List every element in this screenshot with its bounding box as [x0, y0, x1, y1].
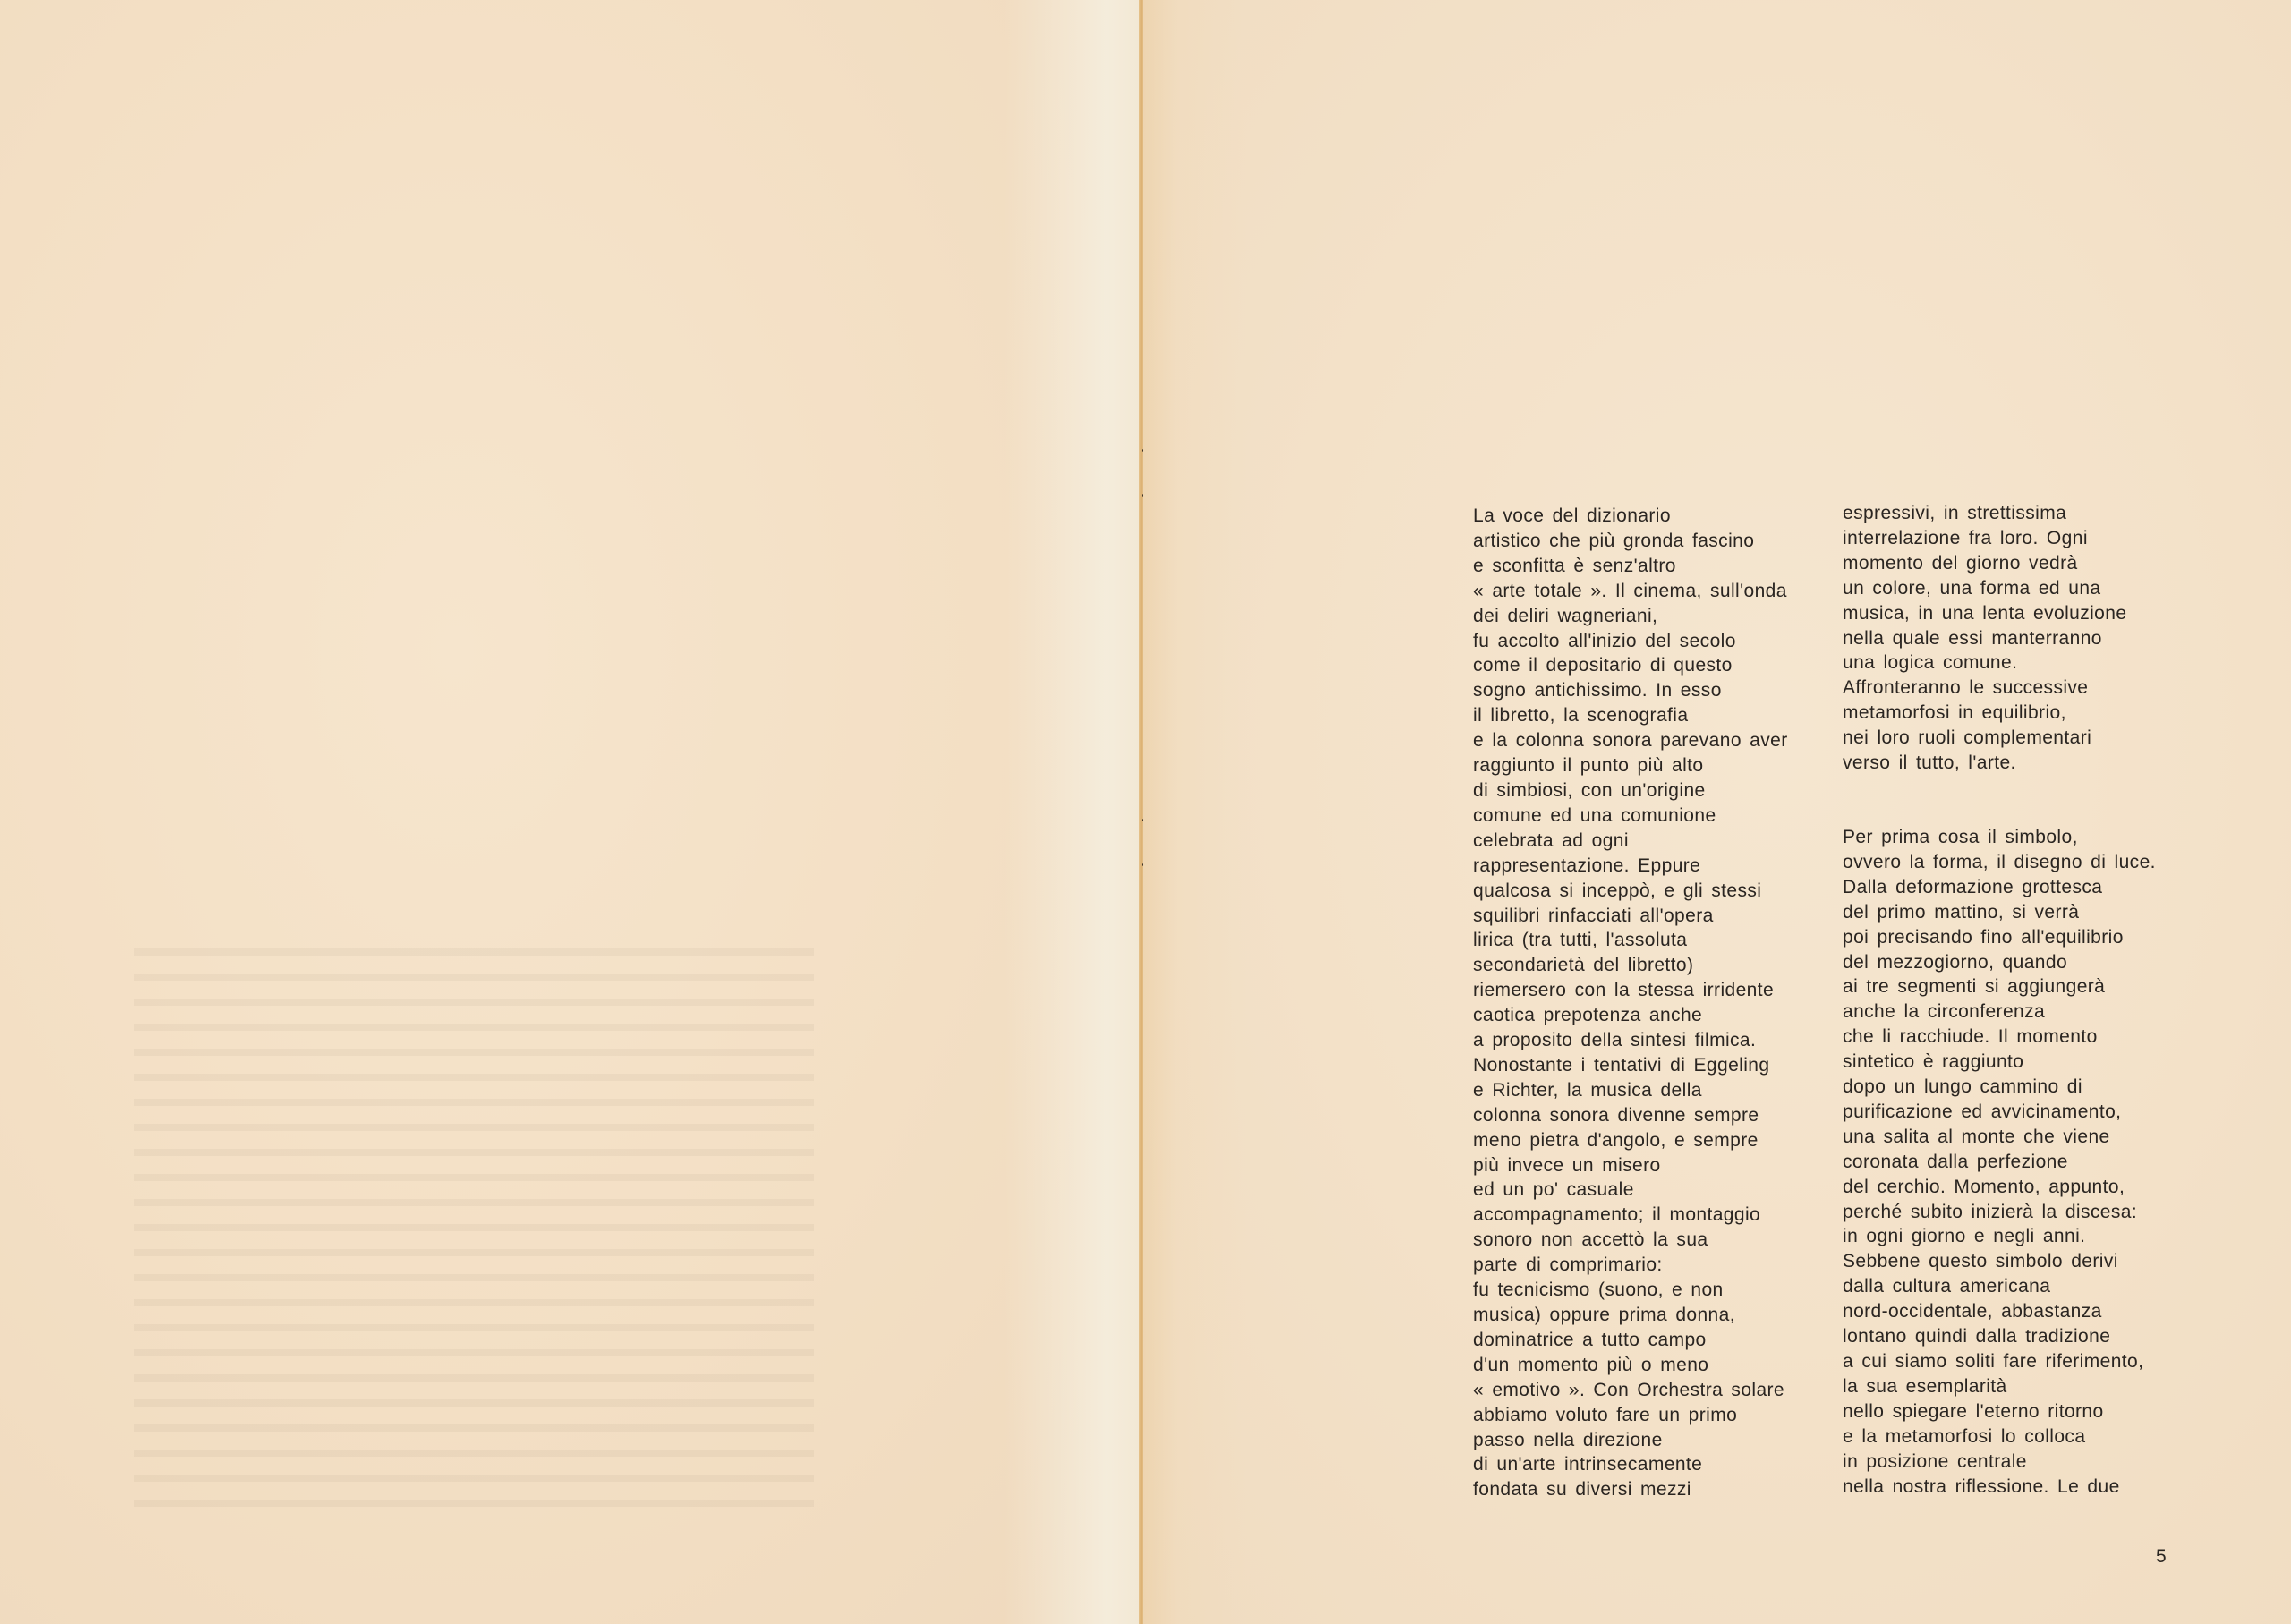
text-column-left: La voce del dizionarioartistico che più … — [1473, 504, 1788, 1502]
text-line: purificazione ed avvicinamento, — [1843, 1100, 2156, 1125]
text-line: riemersero con la stessa irridente — [1473, 978, 1788, 1003]
paragraph-gap — [1843, 776, 2156, 825]
text-line: Per prima cosa il simbolo, — [1843, 825, 2156, 850]
text-line: sonoro non accettò la sua — [1473, 1228, 1788, 1253]
text-line: musica) oppure prima donna, — [1473, 1303, 1788, 1328]
text-line: sogno antichissimo. In esso — [1473, 678, 1788, 703]
text-line: « emotivo ». Con Orchestra solare — [1473, 1378, 1788, 1403]
text-line: meno pietra d'angolo, e sempre — [1473, 1128, 1788, 1153]
text-line: verso il tutto, l'arte. — [1843, 751, 2156, 776]
text-line: Nonostante i tentativi di Eggeling — [1473, 1053, 1788, 1078]
text-line: nello spiegare l'eterno ritorno — [1843, 1399, 2156, 1424]
text-line: accompagnamento; il montaggio — [1473, 1203, 1788, 1228]
text-line: dei deliri wagneriani, — [1473, 604, 1788, 629]
text-line: del cerchio. Momento, appunto, — [1843, 1175, 2156, 1200]
text-line: ed un po' casuale — [1473, 1178, 1788, 1203]
text-line: colonna sonora divenne sempre — [1473, 1103, 1788, 1128]
text-line: comune ed una comunione — [1473, 803, 1788, 829]
text-line: una salita al monte che viene — [1843, 1125, 2156, 1150]
text-line: e la metamorfosi lo colloca — [1843, 1424, 2156, 1450]
text-line: e la colonna sonora parevano aver — [1473, 728, 1788, 753]
text-line: e Richter, la musica della — [1473, 1078, 1788, 1103]
text-line: più invece un misero — [1473, 1153, 1788, 1178]
text-line: il libretto, la scenografia — [1473, 703, 1788, 728]
text-line: a proposito della sintesi filmica. — [1473, 1028, 1788, 1053]
text-line: fondata su diversi mezzi — [1473, 1477, 1788, 1502]
text-line: sintetico è raggiunto — [1843, 1050, 2156, 1075]
text-line: « arte totale ». Il cinema, sull'onda — [1473, 579, 1788, 604]
text-line: ai tre segmenti si aggiungerà — [1843, 974, 2156, 999]
text-line: La voce del dizionario — [1473, 504, 1788, 529]
text-line: di un'arte intrinsecamente — [1473, 1452, 1788, 1477]
text-line: rappresentazione. Eppure — [1473, 854, 1788, 879]
text-line: caotica prepotenza anche — [1473, 1003, 1788, 1028]
text-line: anche la circonferenza — [1843, 999, 2156, 1025]
left-page — [0, 0, 1141, 1624]
text-line: espressivi, in strettissima — [1843, 501, 2156, 526]
text-line: celebrata ad ogni — [1473, 829, 1788, 854]
text-line: Sebbene questo simbolo derivi — [1843, 1249, 2156, 1274]
text-line: dopo un lungo cammino di — [1843, 1075, 2156, 1100]
text-column-right: espressivi, in strettissimainterrelazion… — [1843, 501, 2156, 1499]
text-line: d'un momento più o meno — [1473, 1353, 1788, 1378]
text-line: dominatrice a tutto campo — [1473, 1328, 1788, 1353]
text-line: del primo mattino, si verrà — [1843, 900, 2156, 925]
text-line: Affronteranno le successive — [1843, 676, 2156, 701]
paragraph: La voce del dizionarioartistico che più … — [1473, 504, 1788, 1502]
text-line: poi precisando fino all'equilibrio — [1843, 925, 2156, 950]
text-line: nei loro ruoli complementari — [1843, 726, 2156, 751]
booklet-spread: La voce del dizionarioartistico che più … — [0, 0, 2291, 1624]
text-line: una logica comune. — [1843, 650, 2156, 676]
show-through-text — [134, 948, 814, 1521]
text-line: musica, in una lenta evoluzione — [1843, 601, 2156, 626]
text-line: artistico che più gronda fascino — [1473, 529, 1788, 554]
text-line: nord-occidentale, abbastanza — [1843, 1299, 2156, 1324]
page-number: 5 — [2156, 1546, 2167, 1568]
text-line: interrelazione fra loro. Ogni — [1843, 526, 2156, 551]
paragraph: espressivi, in strettissimainterrelazion… — [1843, 501, 2156, 776]
paragraph: Per prima cosa il simbolo,ovvero la form… — [1843, 825, 2156, 1499]
text-line: squilibri rinfacciati all'opera — [1473, 904, 1788, 929]
text-line: un colore, una forma ed una — [1843, 576, 2156, 601]
text-line: la sua esemplarità — [1843, 1374, 2156, 1399]
text-line: lirica (tra tutti, l'assoluta — [1473, 928, 1788, 953]
text-line: lontano quindi dalla tradizione — [1843, 1324, 2156, 1349]
text-line: parte di comprimario: — [1473, 1253, 1788, 1278]
text-line: fu tecnicismo (suono, e non — [1473, 1278, 1788, 1303]
text-line: in ogni giorno e negli anni. — [1843, 1224, 2156, 1249]
text-line: coronata dalla perfezione — [1843, 1150, 2156, 1175]
text-line: del mezzogiorno, quando — [1843, 950, 2156, 975]
text-line: abbiamo voluto fare un primo — [1473, 1403, 1788, 1428]
text-line: passo nella direzione — [1473, 1428, 1788, 1453]
text-line: raggiunto il punto più alto — [1473, 753, 1788, 778]
text-line: ovvero la forma, il disegno di luce. — [1843, 850, 2156, 875]
text-line: momento del giorno vedrà — [1843, 551, 2156, 576]
text-line: fu accolto all'inizio del secolo — [1473, 629, 1788, 654]
text-line: dalla cultura americana — [1843, 1274, 2156, 1299]
text-line: metamorfosi in equilibrio, — [1843, 701, 2156, 726]
text-line: qualcosa si inceppò, e gli stessi — [1473, 879, 1788, 904]
text-line: secondarietà del libretto) — [1473, 953, 1788, 978]
text-line: nella nostra riflessione. Le due — [1843, 1475, 2156, 1500]
text-line: nella quale essi manterranno — [1843, 626, 2156, 651]
text-line: di simbiosi, con un'origine — [1473, 778, 1788, 803]
text-line: che li racchiude. Il momento — [1843, 1025, 2156, 1050]
text-line: in posizione centrale — [1843, 1450, 2156, 1475]
text-line: e sconfitta è senz'altro — [1473, 554, 1788, 579]
text-line: perché subito inizierà la discesa: — [1843, 1200, 2156, 1225]
text-line: come il depositario di questo — [1473, 653, 1788, 678]
text-line: Dalla deformazione grottesca — [1843, 875, 2156, 900]
text-line: a cui siamo soliti fare riferimento, — [1843, 1349, 2156, 1374]
